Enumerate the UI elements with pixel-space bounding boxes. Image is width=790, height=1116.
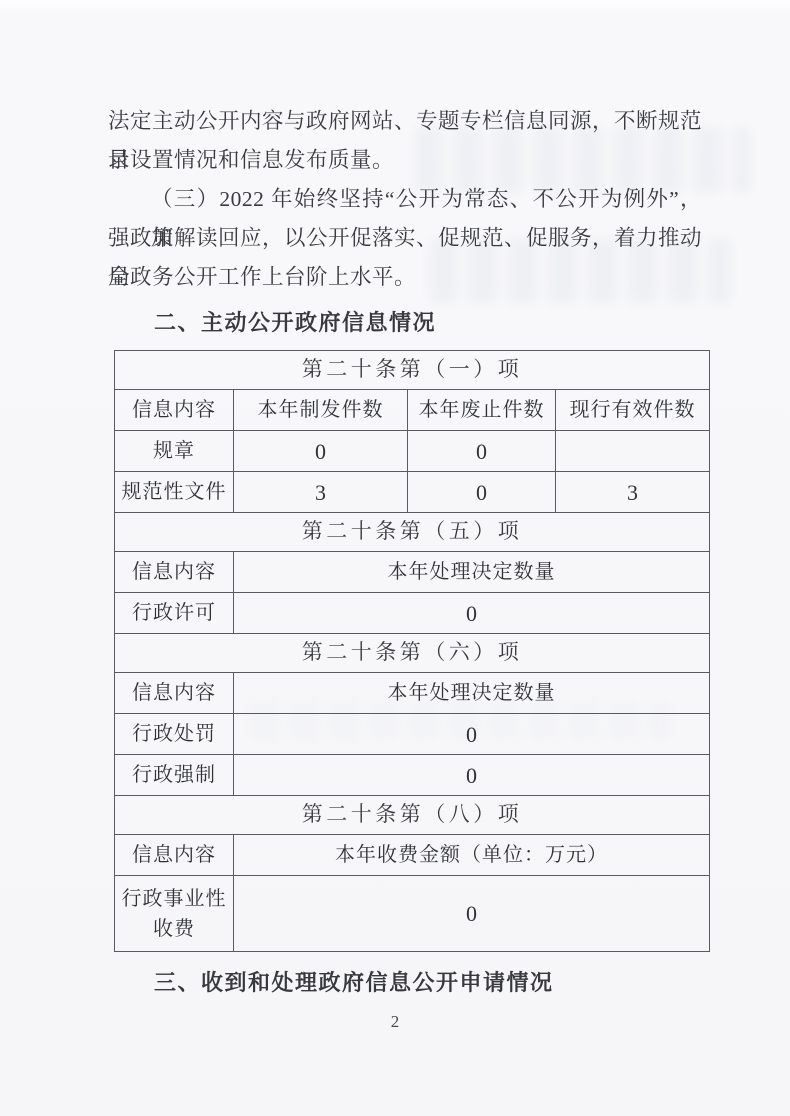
paragraph-line: 录设置情况和信息发布质量。 xyxy=(108,141,702,180)
table-cell: 本年收费金额（单位：万元） xyxy=(234,835,710,876)
table-cell: 本年处理决定数量 xyxy=(234,673,710,714)
table-cell: 0 xyxy=(234,876,710,952)
table-header-row: 信息内容 本年收费金额（单位：万元） xyxy=(115,835,710,876)
table-cell: 0 xyxy=(234,431,408,472)
paragraph-line: （三）2022 年始终坚持“公开为常态、不公开为例外”，加 xyxy=(108,180,702,219)
table-cell: 本年废止件数 xyxy=(408,390,556,431)
section-heading-3: 三、收到和处理政府信息公开申请情况 xyxy=(108,966,702,997)
table-cell: 行政处罚 xyxy=(115,714,234,755)
table-cell: 信息内容 xyxy=(115,390,234,431)
table-header-row: 信息内容 本年制发件数 本年废止件数 现行有效件数 xyxy=(115,390,710,431)
table-cell: 信息内容 xyxy=(115,673,234,714)
table-cell: 规范性文件 xyxy=(115,472,234,513)
table-cell: 0 xyxy=(408,431,556,472)
table-section-title: 第二十条第（五）项 xyxy=(115,513,710,552)
table-section-row: 第二十条第（一）项 xyxy=(115,351,710,390)
table-cell: 信息内容 xyxy=(115,552,234,593)
table-header-row: 信息内容 本年处理决定数量 xyxy=(115,673,710,714)
table-row: 规章 0 0 xyxy=(115,431,710,472)
table-header-row: 信息内容 本年处理决定数量 xyxy=(115,552,710,593)
table-row: 行政处罚 0 xyxy=(115,714,710,755)
paragraph-line: 局政务公开工作上台阶上水平。 xyxy=(108,258,702,297)
table-row: 规范性文件 3 0 3 xyxy=(115,472,710,513)
table-cell: 现行有效件数 xyxy=(556,390,710,431)
table-cell: 0 xyxy=(234,714,710,755)
paragraph-line: 强政策解读回应，以公开促落实、促规范、促服务，着力推动全 xyxy=(108,219,702,258)
body-text: 法定主动公开内容与政府网站、专题专栏信息同源，不断规范目 录设置情况和信息发布质… xyxy=(108,102,702,297)
table-cell: 规章 xyxy=(115,431,234,472)
table-cell: 本年处理决定数量 xyxy=(234,552,710,593)
table-section-row: 第二十条第（六）项 xyxy=(115,634,710,673)
page-number: 2 xyxy=(0,1012,790,1032)
table-cell: 行政事业性收费 xyxy=(115,876,234,952)
table-row: 行政事业性收费 0 xyxy=(115,876,710,952)
section-heading-2: 二、主动公开政府信息情况 xyxy=(108,306,702,337)
paragraph-line: 法定主动公开内容与政府网站、专题专栏信息同源，不断规范目 xyxy=(108,102,702,141)
table-row: 行政许可 0 xyxy=(115,593,710,634)
table-section-title: 第二十条第（六）项 xyxy=(115,634,710,673)
table-section-row: 第二十条第（五）项 xyxy=(115,513,710,552)
table-section-title: 第二十条第（一）项 xyxy=(115,351,710,390)
table-cell: 0 xyxy=(234,593,710,634)
table-cell: 0 xyxy=(408,472,556,513)
table-cell: 本年制发件数 xyxy=(234,390,408,431)
table-cell: 0 xyxy=(234,755,710,796)
table-cell xyxy=(556,431,710,472)
table-cell: 3 xyxy=(556,472,710,513)
scanned-document-page: 法定主动公开内容与政府网站、专题专栏信息同源，不断规范目 录设置情况和信息发布质… xyxy=(0,0,790,1116)
table-cell: 行政强制 xyxy=(115,755,234,796)
table-row: 行政强制 0 xyxy=(115,755,710,796)
table-section-title: 第二十条第（八）项 xyxy=(115,796,710,835)
table-cell: 3 xyxy=(234,472,408,513)
table-cell: 行政许可 xyxy=(115,593,234,634)
table-section-row: 第二十条第（八）项 xyxy=(115,796,710,835)
disclosure-statistics-table: 第二十条第（一）项 信息内容 本年制发件数 本年废止件数 现行有效件数 规章 0… xyxy=(114,350,710,952)
table-cell: 信息内容 xyxy=(115,835,234,876)
